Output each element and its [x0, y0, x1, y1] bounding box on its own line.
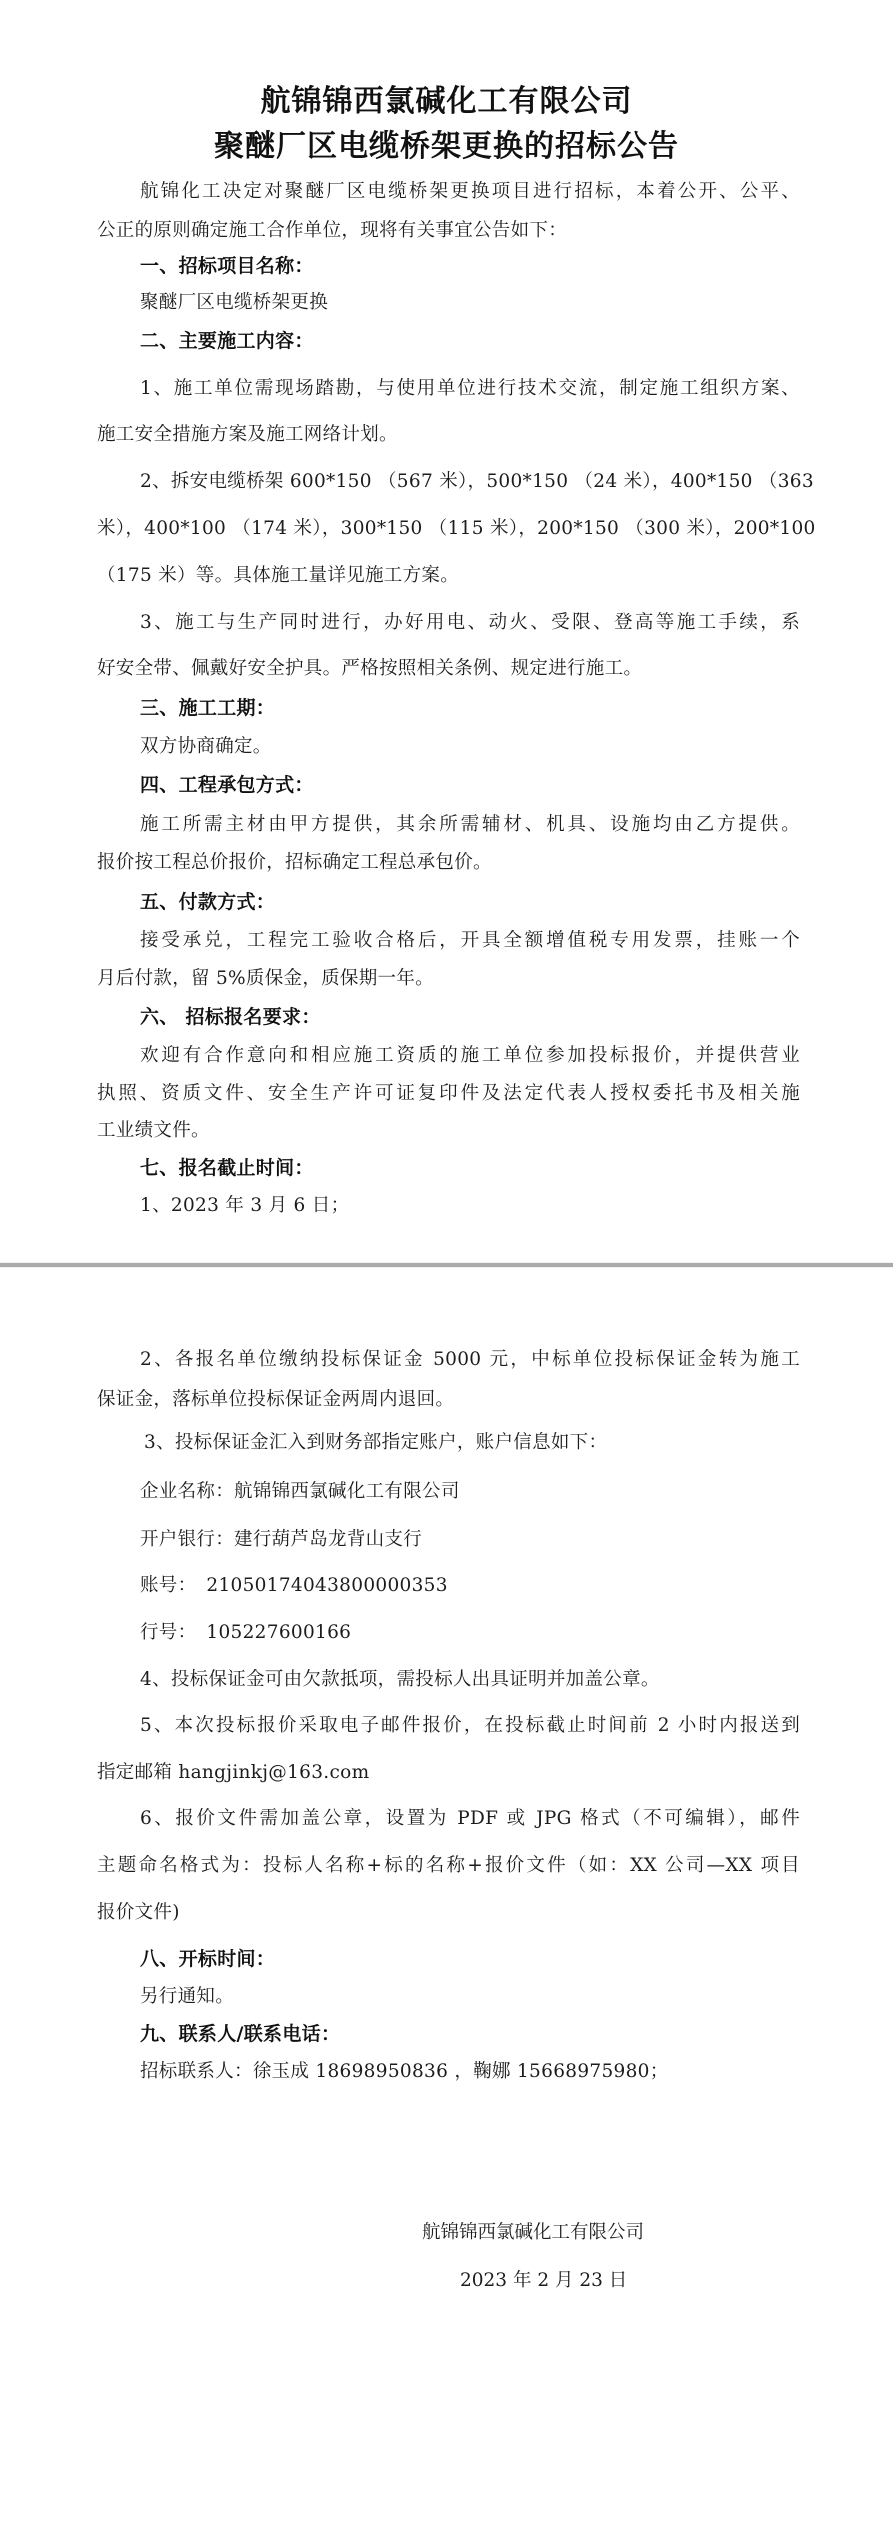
account-number-value: 21050174043800000353: [206, 1575, 447, 1596]
section-7-item2-line2: 保证金，落标单位投标保证金两周内退回。: [97, 1388, 454, 1412]
section-6-body-line2: 执照、资质文件、安全生产许可证复印件及法定代表人授权委托书及相关施: [97, 1082, 800, 1106]
account-number-label: 账号：: [140, 1575, 196, 1596]
section-5-body-line1: 接受承兑，工程完工验收合格后，开具全额增值税专用发票，挂账一个: [140, 929, 800, 953]
section-2-item1-line1: 1、施工单位需现场踏勘，与使用单位进行技术交流，制定施工组织方案、: [140, 377, 800, 401]
document-page-1: 航锦锦西氯碱化工有限公司 聚醚厂区电缆桥架更换的招标公告 航锦化工决定对聚醚厂区…: [0, 0, 893, 1262]
contact-separator: ，: [454, 2061, 473, 2082]
section-2-heading: 二、主要施工内容：: [140, 329, 314, 353]
section-7-item6-line2: 主题命名格式为：投标人名称+标的名称+报价文件（如：XX 公司—XX 项目: [97, 1854, 800, 1878]
bank-number-row: 行号：105227600166: [140, 1621, 351, 1645]
contact-row: 招标联系人：徐玉成 18698950836 ，鞠娜 15668975980；: [140, 2060, 669, 2084]
contact-1-name: 徐玉成: [253, 2061, 309, 2082]
contact-1-phone: 18698950836: [315, 2061, 448, 2082]
section-4-heading: 四、工程承包方式：: [140, 773, 314, 797]
section-1-body: 聚醚厂区电缆桥架更换: [140, 291, 328, 315]
contact-2-name: 鞠娜: [473, 2061, 511, 2082]
section-7-heading: 七、报名截止时间：: [140, 1156, 314, 1180]
section-5-body-line2: 月后付款，留 5%质保金，质保期一年。: [97, 967, 434, 991]
section-2-item2-line3: （175 米）等。具体施工量详见施工方案。: [97, 564, 459, 588]
contact-2-phone: 15668975980: [517, 2061, 650, 2082]
section-7-item5-line1: 5、本次投标报价采取电子邮件报价，在投标截止时间前 2 小时内报送到: [140, 1714, 800, 1738]
signature-date: 2023 年 2 月 23 日: [460, 2269, 627, 2293]
document-page-2: 2、各报名单位缴纳投标保证金 5000 元，中标单位投标保证金转为施工 保证金，…: [0, 1268, 893, 2530]
section-7-item3: 3、投标保证金汇入到财务部指定账户，账户信息如下：: [144, 1431, 607, 1455]
account-bank-value: 建行葫芦岛龙背山支行: [234, 1529, 422, 1550]
section-4-body-line2: 报价按工程总价报价，招标确定工程总承包价。: [97, 851, 492, 875]
section-7-item1: 1、2023 年 3 月 6 日；: [140, 1194, 349, 1218]
contact-label: 招标联系人：: [140, 2061, 253, 2082]
account-bank-label: 开户银行：: [140, 1529, 234, 1550]
section-7-item4: 4、投标保证金可由欠款抵项，需投标人出具证明并加盖公章。: [140, 1668, 660, 1692]
intro-line-2: 公正的原则确定施工合作单位，现将有关事宜公告如下：: [97, 219, 567, 243]
account-company-row: 企业名称：航锦锦西氯碱化工有限公司: [140, 1480, 460, 1504]
section-9-heading: 九、联系人/联系电话：: [140, 2022, 340, 2046]
account-company-label: 企业名称：: [140, 1481, 234, 1502]
page-separator-bar: [0, 1263, 893, 1267]
section-8-heading: 八、开标时间：: [140, 1947, 275, 1971]
section-2-item1-line2: 施工安全措施方案及施工网络计划。: [97, 423, 398, 447]
account-company-value: 航锦锦西氯碱化工有限公司: [234, 1481, 460, 1502]
bank-number-value: 105227600166: [206, 1622, 351, 1643]
signature-company: 航锦锦西氯碱化工有限公司: [422, 2221, 644, 2245]
section-3-body: 双方协商确定。: [140, 735, 272, 759]
contact-end: ；: [650, 2061, 669, 2082]
section-7-item6-line3: 报价文件): [97, 1901, 180, 1925]
section-2-item2-line2: 米），400*100 （174 米），300*150 （115 米），200*1…: [97, 517, 800, 541]
account-number-row: 账号：21050174043800000353: [140, 1574, 448, 1598]
section-1-heading: 一、招标项目名称：: [140, 254, 314, 278]
intro-line-1: 航锦化工决定对聚醚厂区电缆桥架更换项目进行招标，本着公开、公平、: [140, 180, 800, 204]
section-8-body: 另行通知。: [140, 1985, 234, 2009]
bank-number-label: 行号：: [140, 1622, 196, 1643]
account-bank-row: 开户银行：建行葫芦岛龙背山支行: [140, 1528, 422, 1552]
section-7-item5-line2: 指定邮箱 hangjinkj@163.com: [97, 1761, 369, 1785]
section-6-body-line1: 欢迎有合作意向和相应施工资质的施工单位参加投标报价，并提供营业: [140, 1044, 800, 1068]
section-7-item6-line1: 6、报价文件需加盖公章，设置为 PDF 或 JPG 格式（不可编辑），邮件: [140, 1807, 800, 1831]
section-4-body-line1: 施工所需主材由甲方提供，其余所需辅材、机具、设施均由乙方提供。: [140, 813, 800, 837]
section-7-item2-line1: 2、各报名单位缴纳投标保证金 5000 元，中标单位投标保证金转为施工: [140, 1348, 800, 1372]
section-6-heading: 六、 招标报名要求：: [140, 1005, 321, 1029]
section-5-heading: 五、付款方式：: [140, 890, 275, 914]
section-2-item3-line2: 好安全带、佩戴好安全护具。严格按照相关条例、规定进行施工。: [97, 657, 642, 681]
section-3-heading: 三、施工工期：: [140, 696, 275, 720]
notice-title: 聚醚厂区电缆桥架更换的招标公告: [0, 121, 893, 165]
section-2-item3-line1: 3、施工与生产同时进行，办好用电、动火、受限、登高等施工手续，系: [140, 611, 800, 635]
company-title: 航锦锦西氯碱化工有限公司: [0, 76, 893, 120]
section-6-body-line3: 工业绩文件。: [97, 1119, 210, 1143]
section-2-item2-line1: 2、拆安电缆桥架 600*150 （567 米），500*150 （24 米），…: [140, 470, 800, 494]
